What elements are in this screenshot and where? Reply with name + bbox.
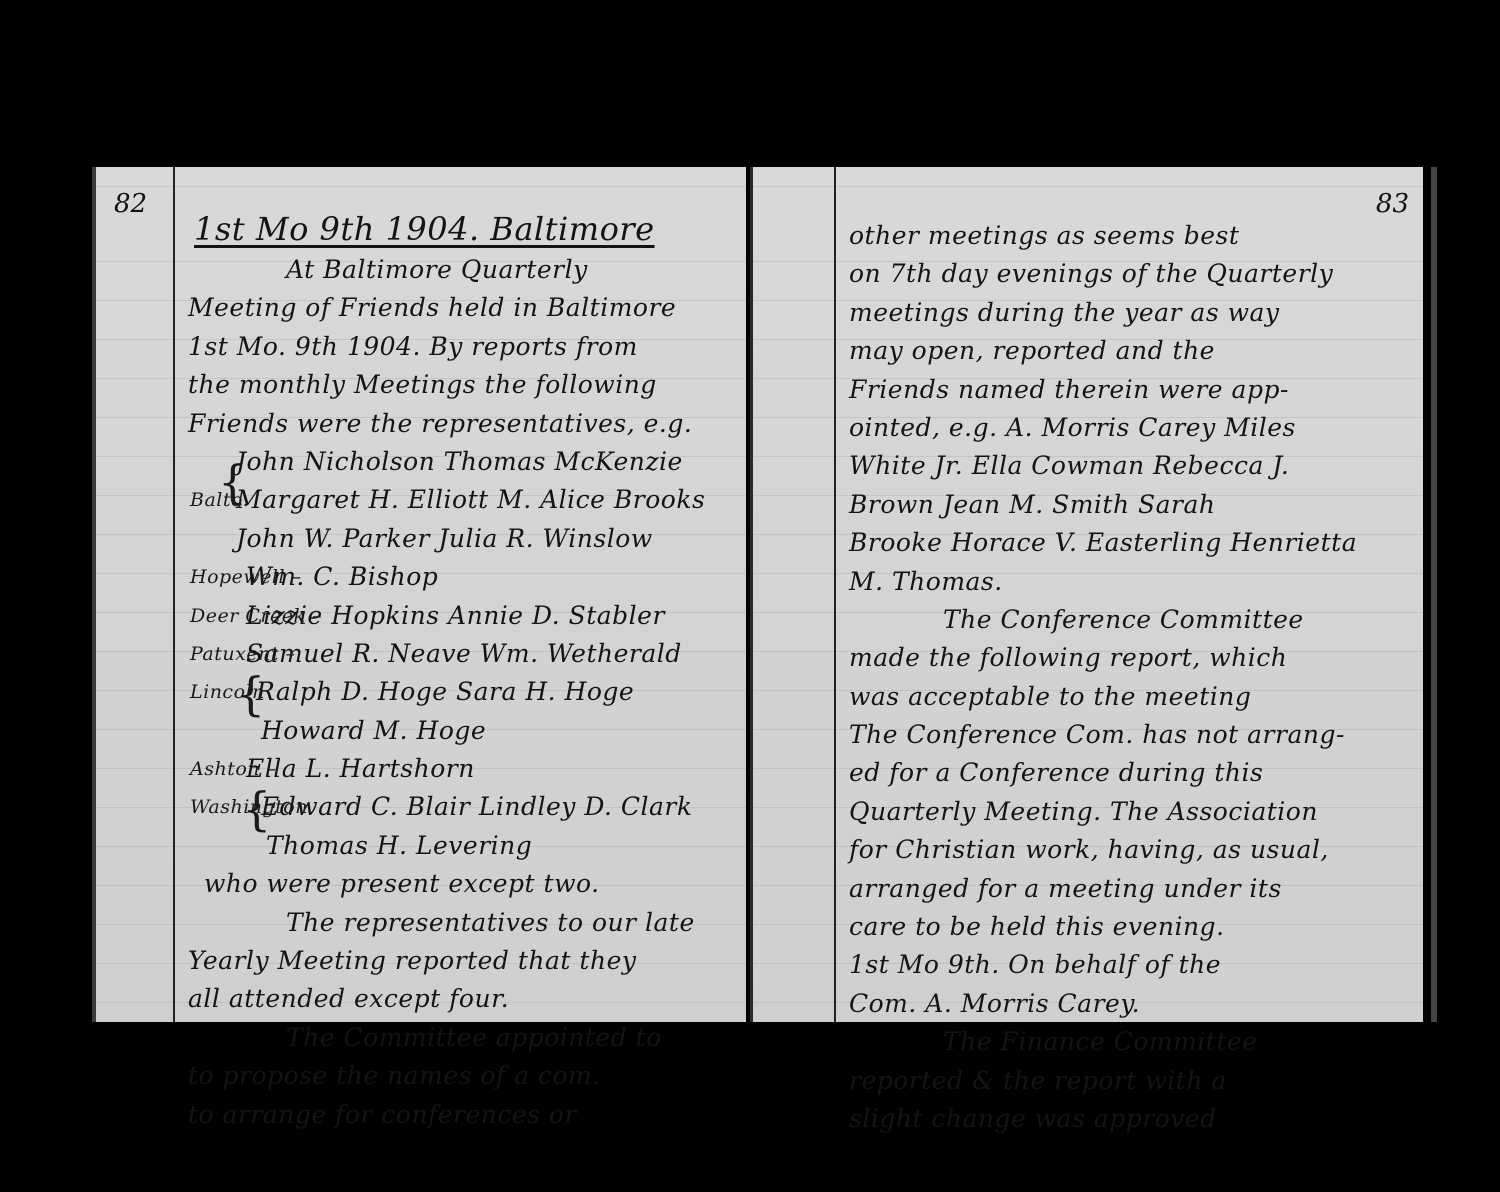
representative-names: Howard M. Hoge xyxy=(96,712,746,750)
text-line: 1st Mo 9th. On behalf of the xyxy=(753,946,1423,984)
brace-mark: { xyxy=(218,459,248,505)
text-line: the monthly Meetings the following xyxy=(96,366,746,404)
text-line: ointed, e.g. A. Morris Carey Miles xyxy=(753,409,1423,447)
text-line: to arrange for conferences or xyxy=(96,1096,746,1134)
text-line: meetings during the year as way xyxy=(753,294,1423,332)
text-line: The Conference Com. has not arrang- xyxy=(753,716,1423,754)
left-page: 82 1st Mo 9th 1904. Baltimore At Baltimo… xyxy=(92,167,746,1022)
text-line: Quarterly Meeting. The Association xyxy=(753,793,1423,831)
brace-mark: { xyxy=(242,786,272,832)
right-page-text: other meetings as seems best on 7th day … xyxy=(753,217,1423,1138)
text-line: Brown Jean M. Smith Sarah xyxy=(753,486,1423,524)
text-line: The Conference Committee xyxy=(753,601,1423,639)
representative-names: Ralph D. Hoge Sara H. Hoge xyxy=(256,677,634,706)
text-line: White Jr. Ella Cowman Rebecca J. xyxy=(753,447,1423,485)
text-line: may open, reported and the xyxy=(753,332,1423,370)
text-line: The representatives to our late xyxy=(96,904,746,942)
text-line: made the following report, which xyxy=(753,639,1423,677)
text-line: The Finance Committee xyxy=(753,1023,1423,1061)
text-line: care to be held this evening. xyxy=(753,908,1423,946)
representative-row: Deer Creek – Lizzie Hopkins Annie D. Sta… xyxy=(96,597,746,635)
text-line: Com. A. Morris Carey. xyxy=(753,985,1423,1023)
text-line: Yearly Meeting reported that they xyxy=(96,942,746,980)
meeting-label: Hopewell – xyxy=(190,558,278,596)
text-line: slight change was approved xyxy=(753,1100,1423,1138)
text-line: Meeting of Friends held in Baltimore xyxy=(96,289,746,327)
representative-names: Samuel R. Neave Wm. Wetherald xyxy=(246,639,682,668)
text-line: all attended except four. xyxy=(96,980,746,1018)
text-line: 1st Mo. 9th 1904. By reports from xyxy=(96,328,746,366)
representative-row: Balto. { Margaret H. Elliott M. Alice Br… xyxy=(96,481,746,519)
text-line: Friends named therein were app- xyxy=(753,371,1423,409)
representative-names: Thomas H. Levering xyxy=(96,827,746,865)
representative-names: Edward C. Blair Lindley D. Clark xyxy=(261,792,693,821)
representative-names: John Nicholson Thomas McKenzie xyxy=(96,443,746,481)
brace-mark: { xyxy=(236,671,266,717)
text-line: Brooke Horace V. Easterling Henrietta xyxy=(753,524,1423,562)
representative-row: Lincoln { Ralph D. Hoge Sara H. Hoge xyxy=(96,673,746,711)
text-line: to propose the names of a com. xyxy=(96,1057,746,1095)
left-page-text: 1st Mo 9th 1904. Baltimore At Baltimore … xyxy=(96,207,746,1134)
text-line: At Baltimore Quarterly xyxy=(96,251,746,289)
text-line: for Christian work, having, as usual, xyxy=(753,831,1423,869)
meeting-label: Deer Creek – xyxy=(190,597,278,635)
text-line: Friends were the representatives, e.g. xyxy=(96,405,746,443)
page-number: 83 xyxy=(1376,189,1409,219)
representative-row: Patuxent – Samuel R. Neave Wm. Wetherald xyxy=(96,635,746,673)
text-line: on 7th day evenings of the Quarterly xyxy=(753,255,1423,293)
text-line: arranged for a meeting under its xyxy=(753,870,1423,908)
text-line: The Committee appointed to xyxy=(96,1019,746,1057)
representative-row: Ashton – Ella L. Hartshorn xyxy=(96,750,746,788)
representative-row: Hopewell – Wm. C. Bishop xyxy=(96,558,746,596)
text-line: was acceptable to the meeting xyxy=(753,678,1423,716)
representative-names: Ella L. Hartshorn xyxy=(246,754,475,783)
right-page: 83 other meetings as seems best on 7th d… xyxy=(750,167,1423,1022)
text-line: other meetings as seems best xyxy=(753,217,1423,255)
text-line: ed for a Conference during this xyxy=(753,754,1423,792)
representative-names: John W. Parker Julia R. Winslow xyxy=(96,520,746,558)
representative-names: Margaret H. Elliott M. Alice Brooks xyxy=(236,485,705,514)
text-line: M. Thomas. xyxy=(753,563,1423,601)
entry-heading: 1st Mo 9th 1904. Baltimore xyxy=(96,207,746,251)
text-line: reported & the report with a xyxy=(753,1062,1423,1100)
text-line: who were present except two. xyxy=(96,865,746,903)
representative-row: Washington { Edward C. Blair Lindley D. … xyxy=(96,788,746,826)
